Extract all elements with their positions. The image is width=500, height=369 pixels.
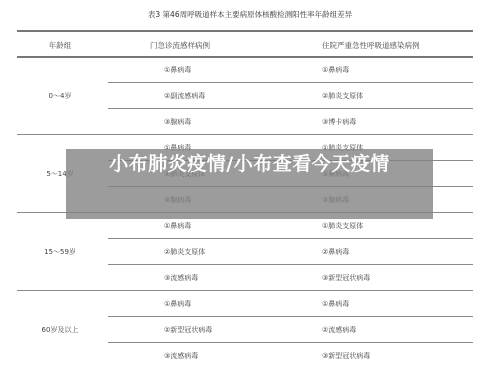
group-rule	[17, 134, 473, 135]
outpatient-cell: ①鼻病毒	[164, 299, 191, 309]
age-group-label: 60岁及以上	[30, 325, 90, 335]
inpatient-cell: ②鼻病毒	[322, 247, 349, 257]
row-rule	[108, 342, 473, 343]
outpatient-cell: ②副流感病毒	[164, 91, 205, 101]
row-rule	[108, 316, 473, 317]
inpatient-cell: ②肺炎支原体	[322, 91, 363, 101]
inpatient-cell: ①鼻病毒	[322, 65, 349, 75]
age-group-label: 0～4岁	[30, 91, 90, 101]
row-rule	[108, 264, 473, 265]
outpatient-cell: ②肺炎支原体	[164, 247, 205, 257]
outpatient-cell: ③腺病毒	[164, 117, 191, 127]
inpatient-cell: ③新型冠状病毒	[322, 351, 370, 361]
inpatient-cell: ②流感病毒	[322, 325, 356, 335]
outpatient-cell: ①鼻病毒	[164, 65, 191, 75]
table-caption: 表3 第46周呼吸道样本主要病原体核酸检测阳性率年龄组差异	[0, 9, 500, 20]
outpatient-cell: ①鼻病毒	[164, 221, 191, 231]
outpatient-cell: ②新型冠状病毒	[164, 325, 212, 335]
age-group-label: 15～59岁	[30, 247, 90, 257]
inpatient-cell: ①肺炎支原体	[322, 221, 363, 231]
header-bottom-rule	[17, 56, 473, 58]
overlay-title: 小布肺炎疫情/小布查看今天疫情	[66, 151, 433, 178]
header-outpatient: 门急诊流感样病例	[150, 40, 210, 51]
row-rule	[108, 108, 473, 109]
row-rule	[108, 82, 473, 83]
row-rule	[108, 238, 473, 239]
inpatient-cell: ①鼻病毒	[322, 299, 349, 309]
header-age-group: 年龄组	[30, 40, 90, 51]
inpatient-cell: ③博卡病毒	[322, 117, 356, 127]
outpatient-cell: ③流感病毒	[164, 273, 198, 283]
table-top-rule	[17, 30, 473, 32]
group-rule	[17, 290, 473, 291]
inpatient-cell: ③新型冠状病毒	[322, 273, 370, 283]
header-inpatient: 住院严重急性呼吸道感染病例	[322, 40, 420, 51]
outpatient-cell: ③流感病毒	[164, 351, 198, 361]
